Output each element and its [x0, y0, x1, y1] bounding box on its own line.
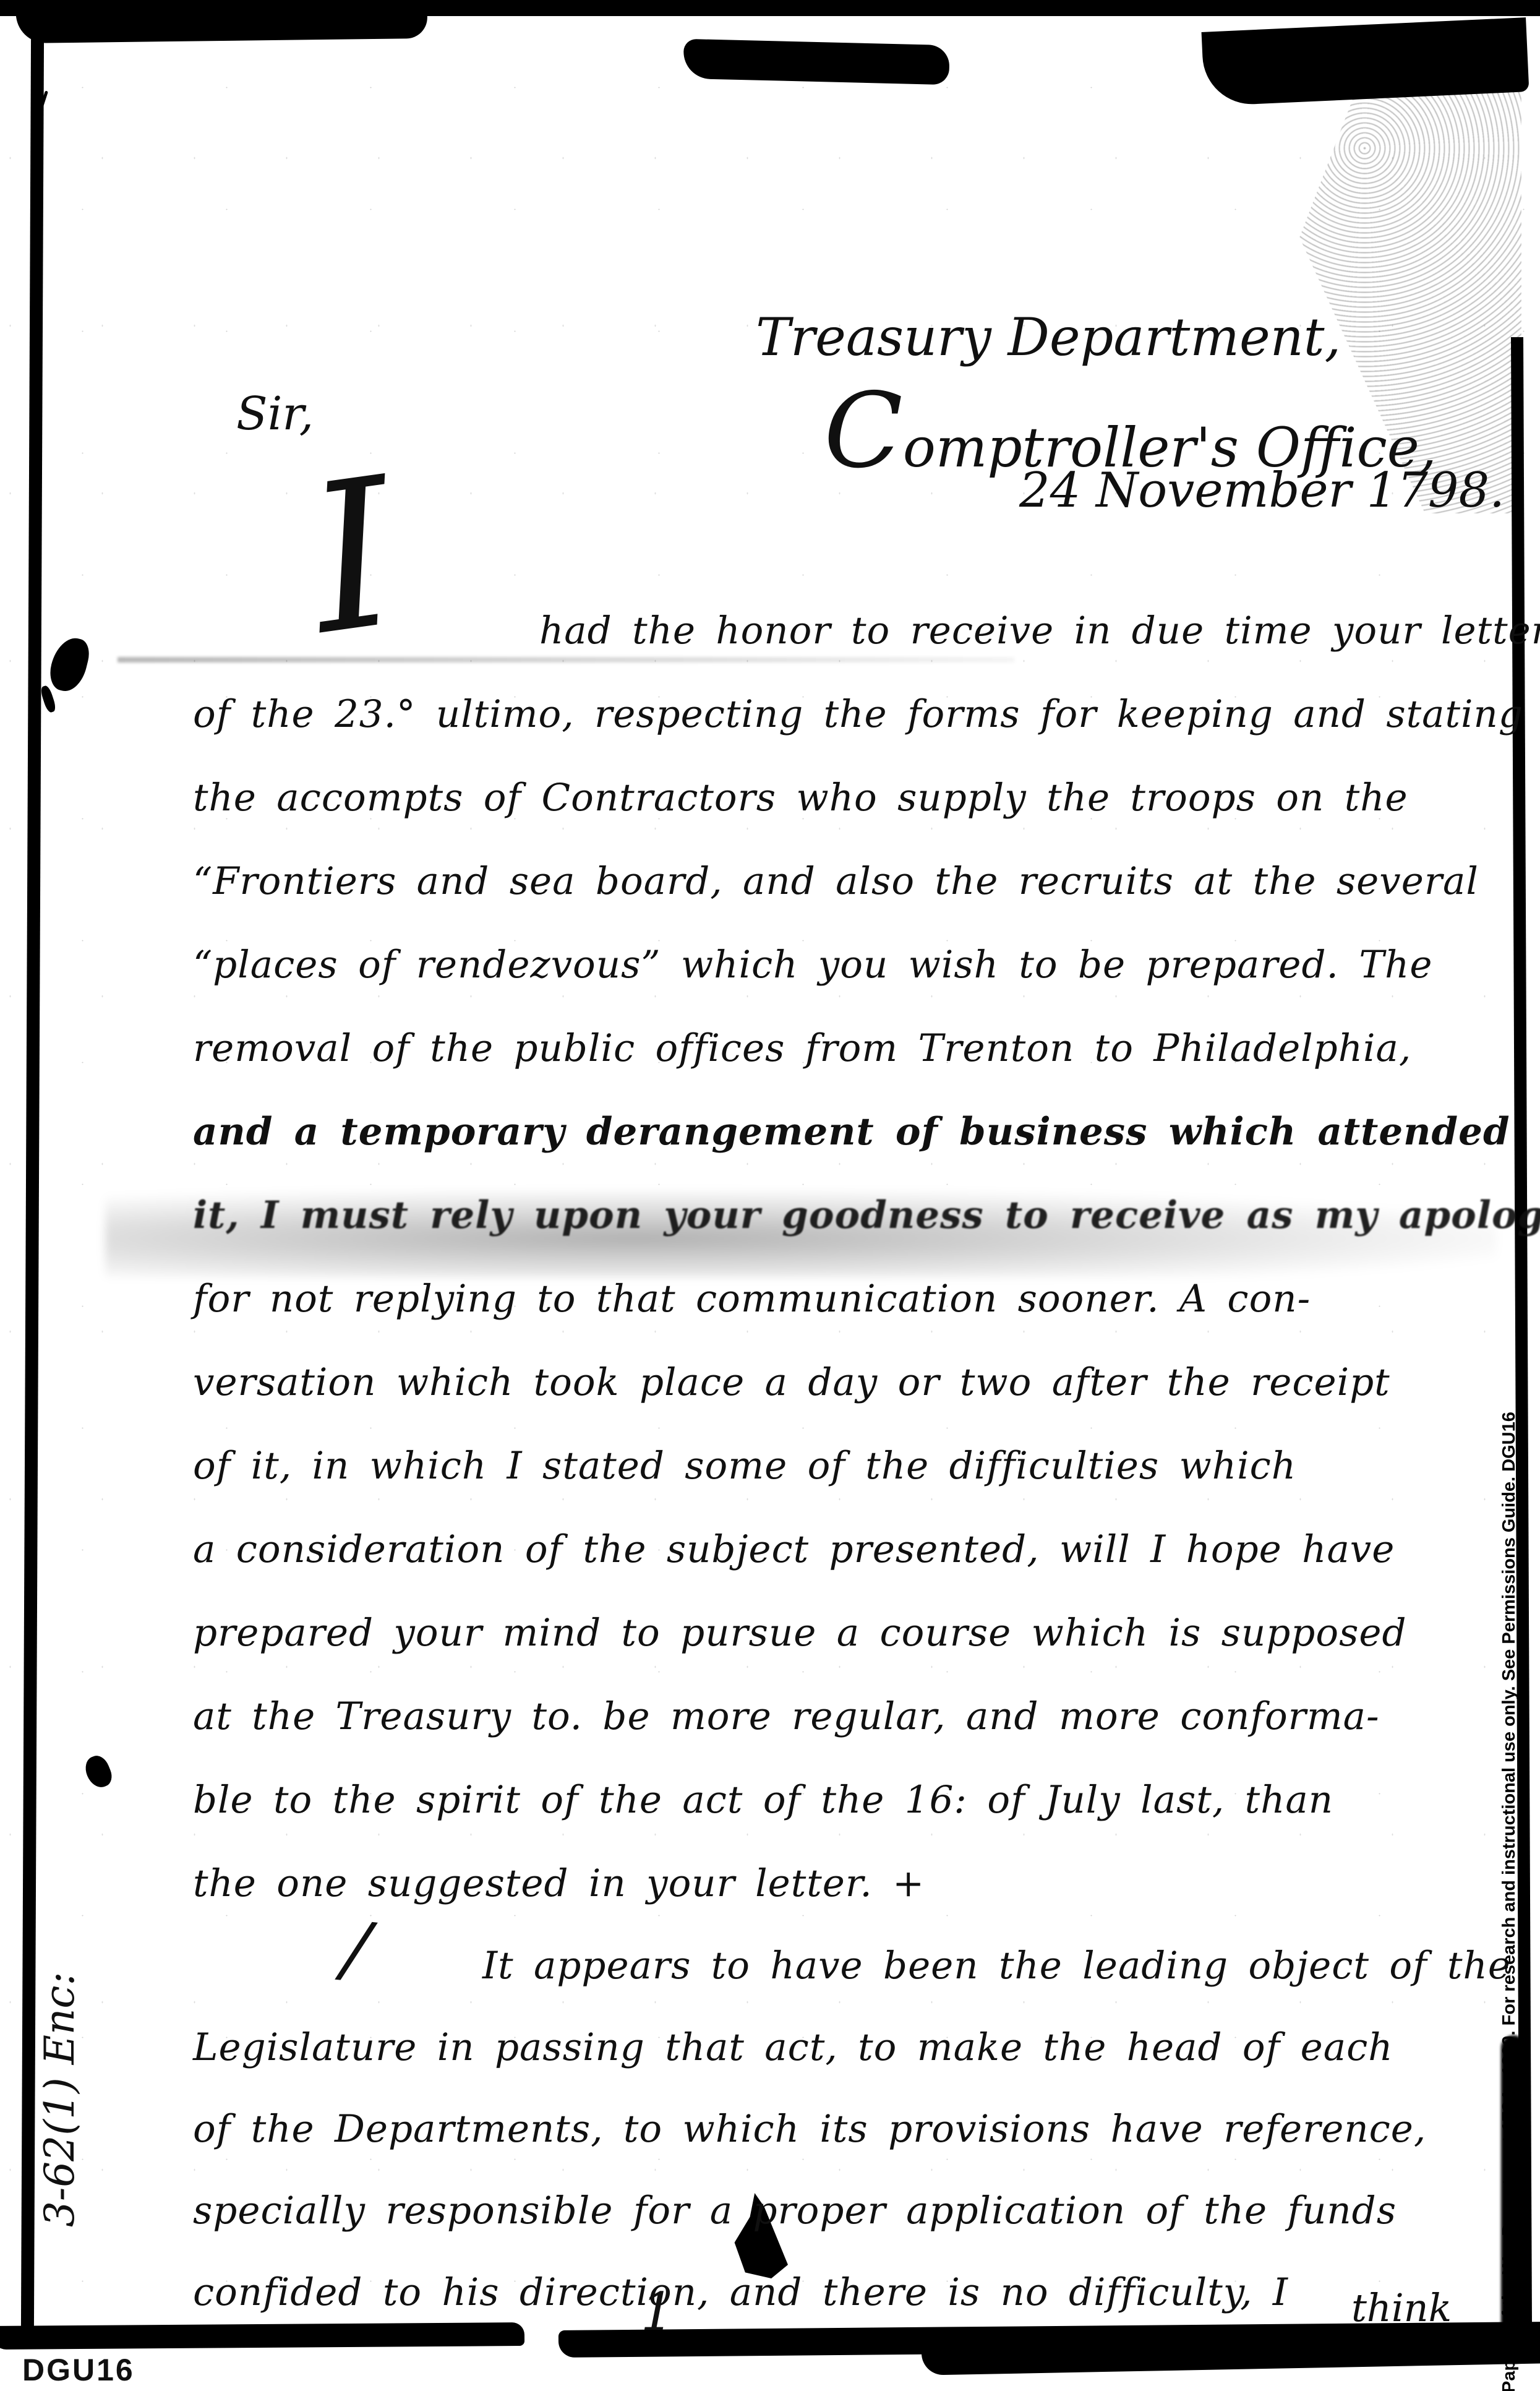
body-line: a consideration of the subject presented… [193, 1508, 1510, 1591]
body-line: it, I must rely upon your goodness to re… [193, 1174, 1510, 1257]
body-line: specially responsible for a proper appli… [193, 2170, 1510, 2252]
left-margin-file-note: 3-62(1) Enc: [36, 1868, 83, 2227]
ink-blot-left-margin [46, 634, 93, 695]
body-line: removal of the public offices from Trent… [193, 1007, 1510, 1090]
heading-department: Treasury Department, [756, 307, 1341, 367]
body-line: “Frontiers and sea board, and also the r… [193, 839, 1510, 923]
body-line: for not replying to that communication s… [193, 1257, 1510, 1341]
page-number: 1 [641, 2282, 674, 2342]
body-line: of the 23.° ultimo, respecting the forms… [193, 672, 1510, 756]
salutation: Sir, [236, 387, 314, 440]
ink-blot-left-margin-tail [40, 685, 58, 714]
body-line: at the Treasury to. be more regular, and… [193, 1675, 1510, 1758]
body-line: and a temporary derangement of business … [193, 1090, 1510, 1174]
body-line: of the Departments, to which its provisi… [193, 2088, 1510, 2170]
catchword: think [1351, 2285, 1452, 2330]
bottom-left-code: DGU16 [22, 2352, 135, 2388]
letter-body-paragraph-2: It appears to have been the leading obje… [193, 1925, 1510, 2333]
scan-border-top-blob-left [16, 7, 428, 43]
body-line: of it, in which I stated some of the dif… [193, 1424, 1510, 1508]
body-line: It appears to have been the leading obje… [193, 1925, 1510, 2007]
body-line: “places of rendezvous” which you wish to… [193, 923, 1510, 1007]
ink-spot-left [82, 1753, 116, 1791]
body-line: prepared your mind to pursue a course wh… [193, 1591, 1510, 1675]
body-line: the one suggested in your letter. + [193, 1842, 1510, 1925]
heading-date: 24 November 1798. [1019, 463, 1505, 518]
scanned-letter-page: Treasury Department, Comptroller's Offic… [0, 0, 1540, 2391]
body-line: Legislature in passing that act, to make… [193, 2007, 1510, 2088]
body-line: the accompts of Contractors who supply t… [193, 756, 1510, 839]
scan-border-top-blob-center [683, 39, 949, 85]
letter-body-paragraph-1: had the honor to receive in due time you… [193, 589, 1510, 1925]
body-line: ble to the spirit of the act of the 16: … [193, 1758, 1510, 1842]
body-line: had the honor to receive in due time you… [193, 589, 1510, 672]
body-line: confided to his direction, and there is … [193, 2252, 1510, 2333]
body-line: versation which took place a day or two … [193, 1341, 1510, 1424]
right-margin-archive-stamp: Papers of the War Department 1784 - 1800… [1499, 1286, 1520, 2391]
